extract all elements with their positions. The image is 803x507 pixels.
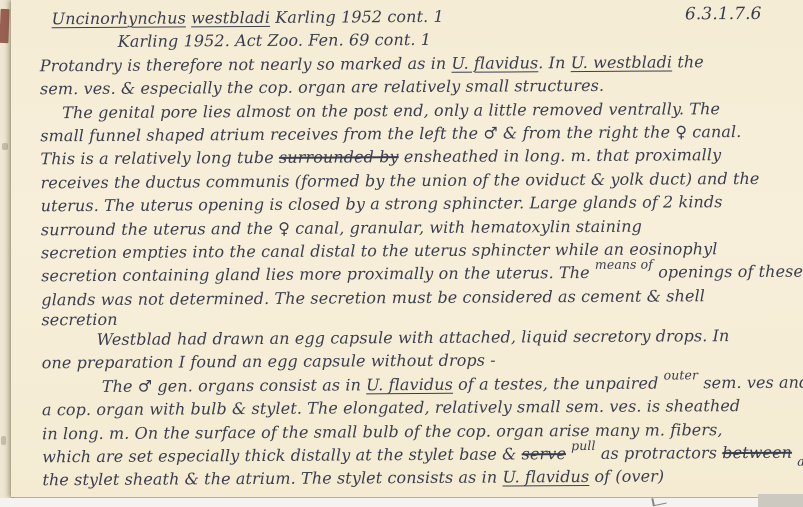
text-segment: serve [522,444,566,463]
title-species: westbladi [191,8,270,27]
text-segment: The ♂ gen. organs consist as in [102,375,366,396]
catalog-number: 6.3.1.7.6 [685,3,762,27]
text-segment: glands was not determined. The secretion… [41,286,705,309]
text-segment: sem. ves. & especially the cop. organ ar… [40,76,604,98]
text-segment: sem. ves and [698,372,803,392]
text-segment: . In [538,53,571,72]
edge-smudge [2,143,8,150]
text-segment: receives the ductus communis (formed by … [41,169,760,192]
text-segment: against [797,453,803,468]
text-segment: openings of these [653,262,803,282]
text-segment: between [722,443,792,462]
text-segment: secretion containing gland lies more pro… [41,263,595,285]
text-segment: surround the uterus and the ♀ canal, gra… [41,216,642,239]
scan-background-corner [758,494,803,507]
text-segment: small funnel shaped atrium receives from… [40,122,741,145]
title-authority: Karling 1952 cont. 1 [270,7,444,27]
text-segment: means of [595,257,653,272]
text-segment: ensheathed in long. m. that proximally [399,145,722,166]
reference-citation: Karling 1952. Act Zoo. Fen. 69 cont. 1 [118,30,431,51]
text-segment: outer [664,367,699,382]
text-segment: pull [571,438,596,453]
handwritten-line: glands was not determined. The secretion… [41,283,795,311]
text-segment: U. flavidus [502,467,589,487]
text-segment: Protandry is therefore not nearly so mar… [40,54,452,76]
text-segment: one preparation I found an egg capsule w… [42,351,496,373]
text-segment: as protractors [596,443,723,463]
text-segment: surrounded by [279,147,399,167]
text-segment: the stylet sheath & the atrium. The styl… [42,468,502,490]
index-card: 6.3.1.7.6Uncinorhynchus westbladi Karlin… [11,0,803,497]
text-segment: U. flavidus [366,375,453,395]
text-segment: a cop. organ with bulb & stylet. The elo… [42,396,740,419]
text-segment: of a testes, the unpaired [453,373,664,393]
title-genus: Uncinorhynchus [52,8,186,28]
handwritten-text-block: 6.3.1.7.6Uncinorhynchus westbladi Karlin… [40,3,797,492]
text-segment: the [672,52,704,71]
text-segment: in long. m. On the surface of the small … [42,420,723,443]
edge-smudge [1,436,6,445]
text-segment: U. flavidus [451,53,538,73]
text-segment: uterus. The uterus opening is closed by … [41,192,723,215]
scan-background-strip [0,498,803,507]
text-segment: secretion [41,310,117,329]
lines: 6.3.1.7.6Uncinorhynchus westbladi Karlin… [40,3,797,492]
text-segment: which are set especially thick distally … [42,444,521,466]
text-segment: Westblad had drawn an egg capsule with a… [96,326,729,349]
text-segment: U. westbladi [571,52,673,72]
handwritten-line: the stylet sheath & the atrium. The styl… [42,464,796,492]
scanned-note-image: 6.3.1.7.6Uncinorhynchus westbladi Karlin… [0,0,803,507]
red-corner-mark [0,9,10,43]
handwritten-line: uterus. The uterus opening is closed by … [41,190,795,218]
text-segment: This is a relatively long tube [40,148,279,168]
text-segment: of (over) [589,467,664,486]
handwritten-line: Protandry is therefore not nearly so mar… [40,49,794,77]
text-segment: The genital pore lies almost on the post… [62,99,720,122]
